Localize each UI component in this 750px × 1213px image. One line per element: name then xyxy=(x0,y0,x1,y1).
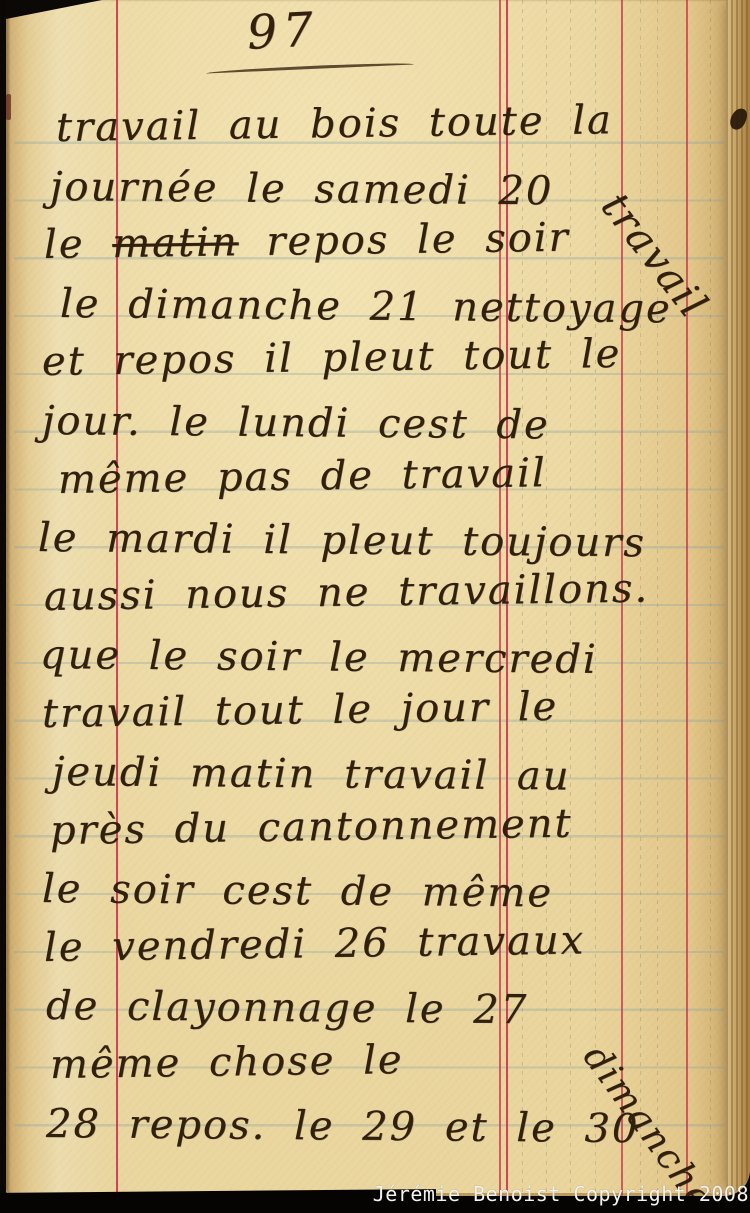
handwritten-line: même pas de travail xyxy=(58,453,547,500)
handwritten-text: que le soir le mercredi xyxy=(40,632,598,683)
red-rule-line xyxy=(686,0,688,1196)
copyright-watermark: Jérémie Benoist Copyright 2008 xyxy=(373,1182,749,1206)
photo-corner-shadow xyxy=(6,0,102,19)
handwritten-text: jour. le lundi cest de xyxy=(42,398,550,448)
struck-word: matin xyxy=(112,219,239,267)
page-number-underline xyxy=(206,61,414,73)
handwritten-text: aussi nous ne travaillons. xyxy=(44,566,650,620)
handwritten-text: même pas de travail xyxy=(58,450,547,503)
handwritten-text: le soir cest de même xyxy=(42,866,553,916)
handwritten-text: travail au bois toute la xyxy=(56,97,613,151)
handwritten-line: le matin repos le soir xyxy=(44,218,570,265)
paper-page: 97 travail au bois toute la journée le s… xyxy=(6,0,750,1196)
handwritten-text: journée le samedi 20 xyxy=(50,164,554,214)
handwritten-text: et repos il pleut tout le xyxy=(42,331,622,385)
handwritten-text: le mardi il pleut toujours xyxy=(38,515,646,566)
page-container: 97 travail au bois toute la journée le s… xyxy=(0,0,750,1213)
page-stack-edge xyxy=(726,0,750,1192)
handwritten-line: et repos il pleut tout le xyxy=(42,334,622,382)
handwritten-text: le xyxy=(44,221,113,268)
handwritten-line: près du cantonnement xyxy=(50,804,573,851)
handwritten-line: le dimanche 21 nettoyage xyxy=(60,284,672,329)
handwritten-line: le mardi il pleut toujours xyxy=(38,518,646,563)
handwritten-text: travail tout le jour le xyxy=(42,684,559,737)
handwritten-line: journée le samedi 20travail xyxy=(50,167,554,211)
edge-ink-mark xyxy=(6,94,11,120)
handwritten-line: travail tout le jour le xyxy=(42,687,559,734)
handwritten-text: 28 repos. le 29 et le 30 xyxy=(46,1101,640,1152)
handwritten-line: travail au bois toute la xyxy=(56,100,613,148)
handwritten-line: jour. le lundi cest de xyxy=(42,401,550,445)
handwritten-line: 28 repos. le 29 et le 30 xyxy=(46,1104,640,1149)
handwritten-text: même chose le xyxy=(50,1037,404,1088)
handwritten-line: jeudi matin travail au xyxy=(52,752,571,797)
handwritten-line: le soir cest de même xyxy=(42,869,553,913)
handwritten-line: aussi nous ne travaillons. xyxy=(44,569,650,617)
handwritten-line: de clayonnage le 27 xyxy=(46,986,528,1030)
handwritten-text: de clayonnage le 27 xyxy=(46,983,529,1033)
handwritten-text: près du cantonnement xyxy=(50,801,573,854)
handwritten-text: jeudi matin travail au xyxy=(52,749,571,800)
handwritten-line: même chose ledimanche xyxy=(50,1040,404,1085)
pencil-guide-line xyxy=(710,0,711,1196)
handwritten-text: repos le soir xyxy=(238,215,570,266)
handwritten-line: le vendredi 26 travaux xyxy=(44,920,586,968)
page-number: 97 xyxy=(246,2,321,61)
handwritten-text: le vendredi 26 travaux xyxy=(44,917,586,971)
pencil-guide-line xyxy=(657,0,658,1196)
handwritten-text: le dimanche 21 nettoyage xyxy=(60,281,672,332)
handwritten-line: que le soir le mercredi xyxy=(40,635,598,680)
